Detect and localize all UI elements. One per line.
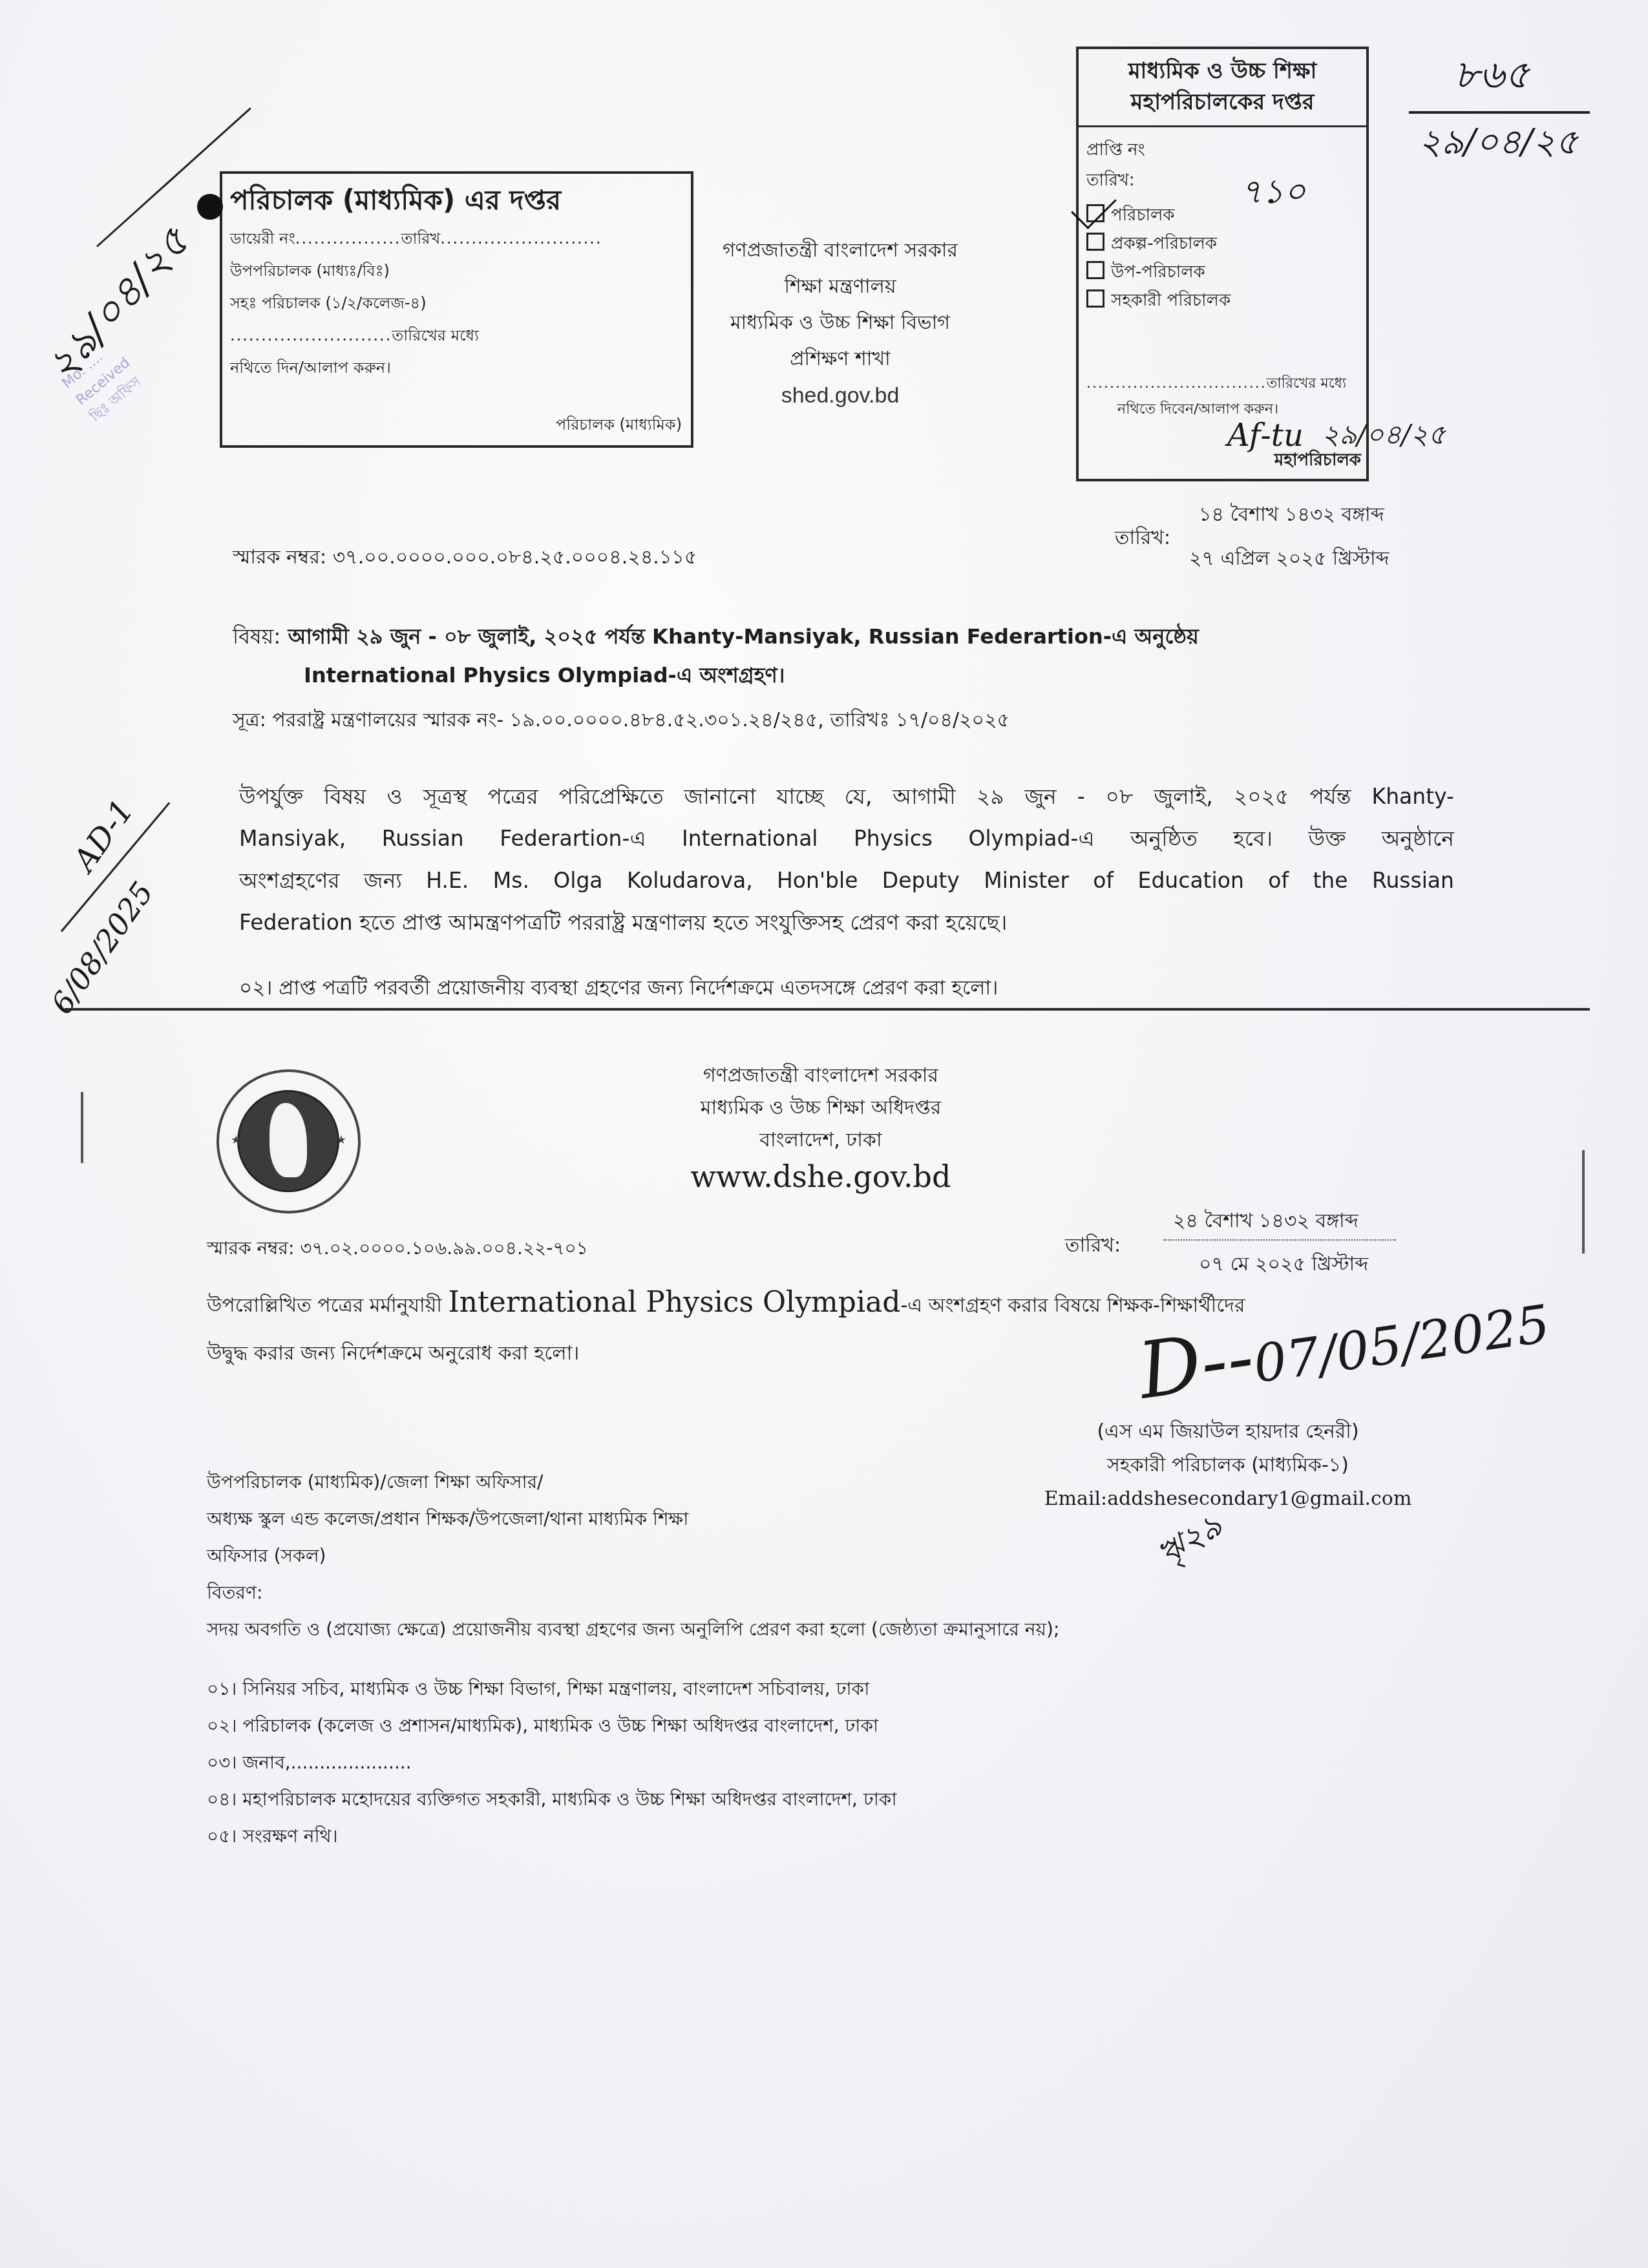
director-box-line2: সহঃ পরিচালক (১/২/কলেজ-৪) [230,291,427,317]
government-seal-icon: ★ ★ [217,1069,361,1213]
scan-edge-mark [81,1092,83,1163]
upper-para2: ০২। প্রাপ্ত পত্রটি পরবর্তী প্রয়োজনীয় ব… [239,972,998,1006]
upper-date-label: তারিখ: [1115,522,1170,555]
cc-item: ০২। পরিচালক (কলেজ ও প্রশাসন/মাধ্যমিক), ম… [207,1707,897,1744]
body-line: Mansiyak, Russian Federartion-এ Internat… [239,817,1454,859]
lower-date-bangla: ২৪ বৈশাখ ১৪৩২ বঙ্গাব্দ [1173,1205,1358,1238]
date-separator [1163,1239,1396,1241]
header-website: shed.gov.bd [646,377,1034,414]
lower-memo: স্মারক নম্বর: ৩৭.০২.০০০০.১০৬.৯৯.০০৪.২২-৭… [207,1234,588,1265]
subject-line2: International Physics Olympiad-এ অংশগ্রহ… [304,659,785,694]
scan-edge-mark [1582,1150,1585,1254]
header-branch: প্রশিক্ষণ শাখা [646,341,1034,377]
diary-label: ডায়েরী নং [230,229,295,247]
lower-body-line2: উদ্বুদ্ধ করার জন্য নির্দেশক্রমে অনুরোধ ক… [207,1338,579,1370]
director-box-line1: উপপরিচালক (মাধ্যঃ/বিঃ) [230,259,390,285]
dg-signature-date: ২৯/০৪/২৫ [1322,414,1446,459]
body-line: উপর্যুক্ত বিষয় ও সূত্রস্থ পত্রের পরিপ্র… [239,775,1454,817]
date-label: তারিখ [401,229,440,247]
dg-box-divider [1079,125,1366,127]
cc-intro: সদয় অবগতি ও (প্রযোজ্য ক্ষেত্রে) প্রয়োজ… [207,1611,1059,1648]
checkbox-icon [1086,289,1104,308]
upper-date-bangla: ১৪ বৈশাখ ১৪৩২ বঙ্গাব্দ [1199,499,1384,532]
cc-item: ০৫। সংরক্ষণ নথি। [207,1818,897,1854]
upper-date-gregorian: ২৭ এপ্রিল ২০২৫ খ্রিস্টাব্দ [1189,543,1389,576]
signer-name: (এস এম জিয়াউল হায়দার হেনরী) [1008,1415,1448,1449]
ministry-header: গণপ্রজাতন্ত্রী বাংলাদেশ সরকার শিক্ষা মন্… [646,233,1034,414]
cc-list: ০১। সিনিয়র সচিব, মাধ্যমিক ও উচ্চ শিক্ষা… [207,1670,897,1854]
checkbox-icon [1086,233,1104,251]
letter-divider [65,1008,1590,1011]
margin-note-date: 6/08/2025 [44,876,160,1020]
handwritten-received-number: ৮৬৫ [1454,45,1530,110]
cc-item: ০১। সিনিয়র সচিব, মাধ্যমিক ও উচ্চ শিক্ষা… [207,1670,897,1707]
handwritten-received-date: ২৯/০৪/২৫ [1419,115,1578,173]
subject-line1: বিষয়: আগামী ২৯ জুন - ০৮ জুলাই, ২০২৫ পর্… [233,620,1199,655]
signature-date: 07/05/2025 [1250,1294,1554,1394]
header-ministry: শিক্ষা মন্ত্রণালয় [646,269,1034,305]
signer-title: সহকারী পরিচালক (মাধ্যমিক-১) [1008,1449,1448,1482]
lower-date-label: তারিখ: [1065,1230,1121,1263]
upper-memo-number: ৩৭.০০.০০০০.০০০.০৮৪.২৫.০০০৪.২৪.১১৫ [333,546,697,569]
lower-body-line1: উপরোল্লিখিত পত্রের মর্মানুযায়ী Internat… [207,1286,1245,1323]
recipient-line: অফিসার (সকল) [207,1537,1059,1574]
ink-dot [197,194,223,220]
recipient-line: উপপরিচালক (মাধ্যমিক)/জেলা শিক্ষা অফিসার/ [207,1464,1059,1500]
body-line: অংশগ্রহণের জন্য H.E. Ms. Olga Koludarova… [239,859,1454,901]
reference-line: সূত্র: পররাষ্ট্র মন্ত্রণালয়ের স্মারক নং… [233,704,1009,737]
scanned-document-page: পরিচালক (মাধ্যমিক) এর দপ্তর ডায়েরী নং..… [0,0,1648,2268]
handwritten-underline [1409,111,1590,114]
dg-box-receipt-label: প্রাপ্তি নং [1086,136,1145,165]
director-box-signatory: পরিচালক (মাধ্যমিক) [556,413,682,439]
header-govt: গণপ্রজাতন্ত্রী বাংলাদেশ সরকার [595,1060,1047,1092]
header-location: বাংলাদেশ, ঢাকা [595,1124,1047,1157]
dg-box-deadline: ...............................তারিখের ম… [1086,372,1346,396]
directorate-header: গণপ্রজাতন্ত্রী বাংলাদেশ সরকার মাধ্যমিক ও… [595,1060,1047,1193]
option-assistant-director[interactable]: সহকারী পরিচালক [1086,286,1231,315]
upper-memo-label: স্মারক নম্বর: [233,546,326,569]
director-box-deadline: ..........................তারিখের মধ্যে [230,324,479,350]
checkbox-icon [1086,261,1104,279]
margin-note-ad1: AD-1 [67,793,141,877]
lower-memo-number: ৩৭.০২.০০০০.১০৬.৯৯.০০৪.২২-৭০১ [300,1237,588,1259]
header-division: মাধ্যমিক ও উচ্চ শিক্ষা বিভাগ [646,305,1034,341]
body-line: Federation হতে প্রাপ্ত আমন্ত্রণপত্রটি পর… [239,901,1454,943]
upper-memo: স্মারক নম্বর: ৩৭.০০.০০০০.০০০.০৮৪.২৫.০০০৪… [233,541,697,574]
signer-email[interactable]: Email:addshesecondary1@gmail.com [1008,1482,1448,1516]
signer-block: (এস এম জিয়াউল হায়দার হেনরী) সহকারী পরি… [1008,1415,1448,1516]
cc-item: ০৩। জনাব,..................... [207,1744,897,1781]
dg-box-handwritten-number: ৭১০ [1240,165,1305,222]
upper-body: উপর্যুক্ত বিষয় ও সূত্রস্থ পত্রের পরিপ্র… [239,775,1454,943]
header-govt: গণপ্রজাতন্ত্রী বাংলাদেশ সরকার [646,233,1034,269]
director-box-title: পরিচালক (মাধ্যমিক) এর দপ্তর [230,179,561,225]
dg-box-options: পরিচালক প্রকল্প-পরিচালক উপ-পরিচালক সহকার… [1086,201,1231,315]
director-box-diary-row: ডায়েরী নং.................তারিখ........… [230,227,602,253]
lower-memo-label: স্মারক নম্বর: [207,1237,294,1259]
option-deputy-director[interactable]: উপ-পরিচালক [1086,258,1231,286]
director-box-line4: নথিতে দিন/আলাপ করুন। [230,356,391,382]
lower-date-gregorian: ০৭ মে ২০২৫ খ্রিস্টাব্দ [1199,1248,1368,1281]
director-office-box: পরিচালক (মাধ্যমিক) এর দপ্তর ডায়েরী নং..… [220,171,693,448]
header-website: www.dshe.gov.bd [595,1160,1047,1193]
reference-label: সূত্র: [233,709,266,731]
recipient-line: অধ্যক্ষ স্কুল এন্ড কলেজ/প্রধান শিক্ষক/উপ… [207,1500,1059,1537]
cc-item: ০৪। মহাপরিচালক মহোদয়ের ব্যক্তিগত সহকারী… [207,1781,897,1818]
option-project-director[interactable]: প্রকল্প-পরিচালক [1086,229,1231,258]
recipients-block: উপপরিচালক (মাধ্যমিক)/জেলা শিক্ষা অফিসার/… [207,1464,1059,1648]
body-highlight: International Physics Olympiad [448,1286,900,1319]
dg-box-title: মাধ্যমিক ও উচ্চ শিক্ষা মহাপরিচালকের দপ্ত… [1079,56,1366,118]
distribution-label: বিতরণ: [207,1574,1059,1611]
header-directorate: মাধ্যমিক ও উচ্চ শিক্ষা অধিদপ্তর [595,1092,1047,1124]
subject-label: বিষয়: [233,624,280,649]
